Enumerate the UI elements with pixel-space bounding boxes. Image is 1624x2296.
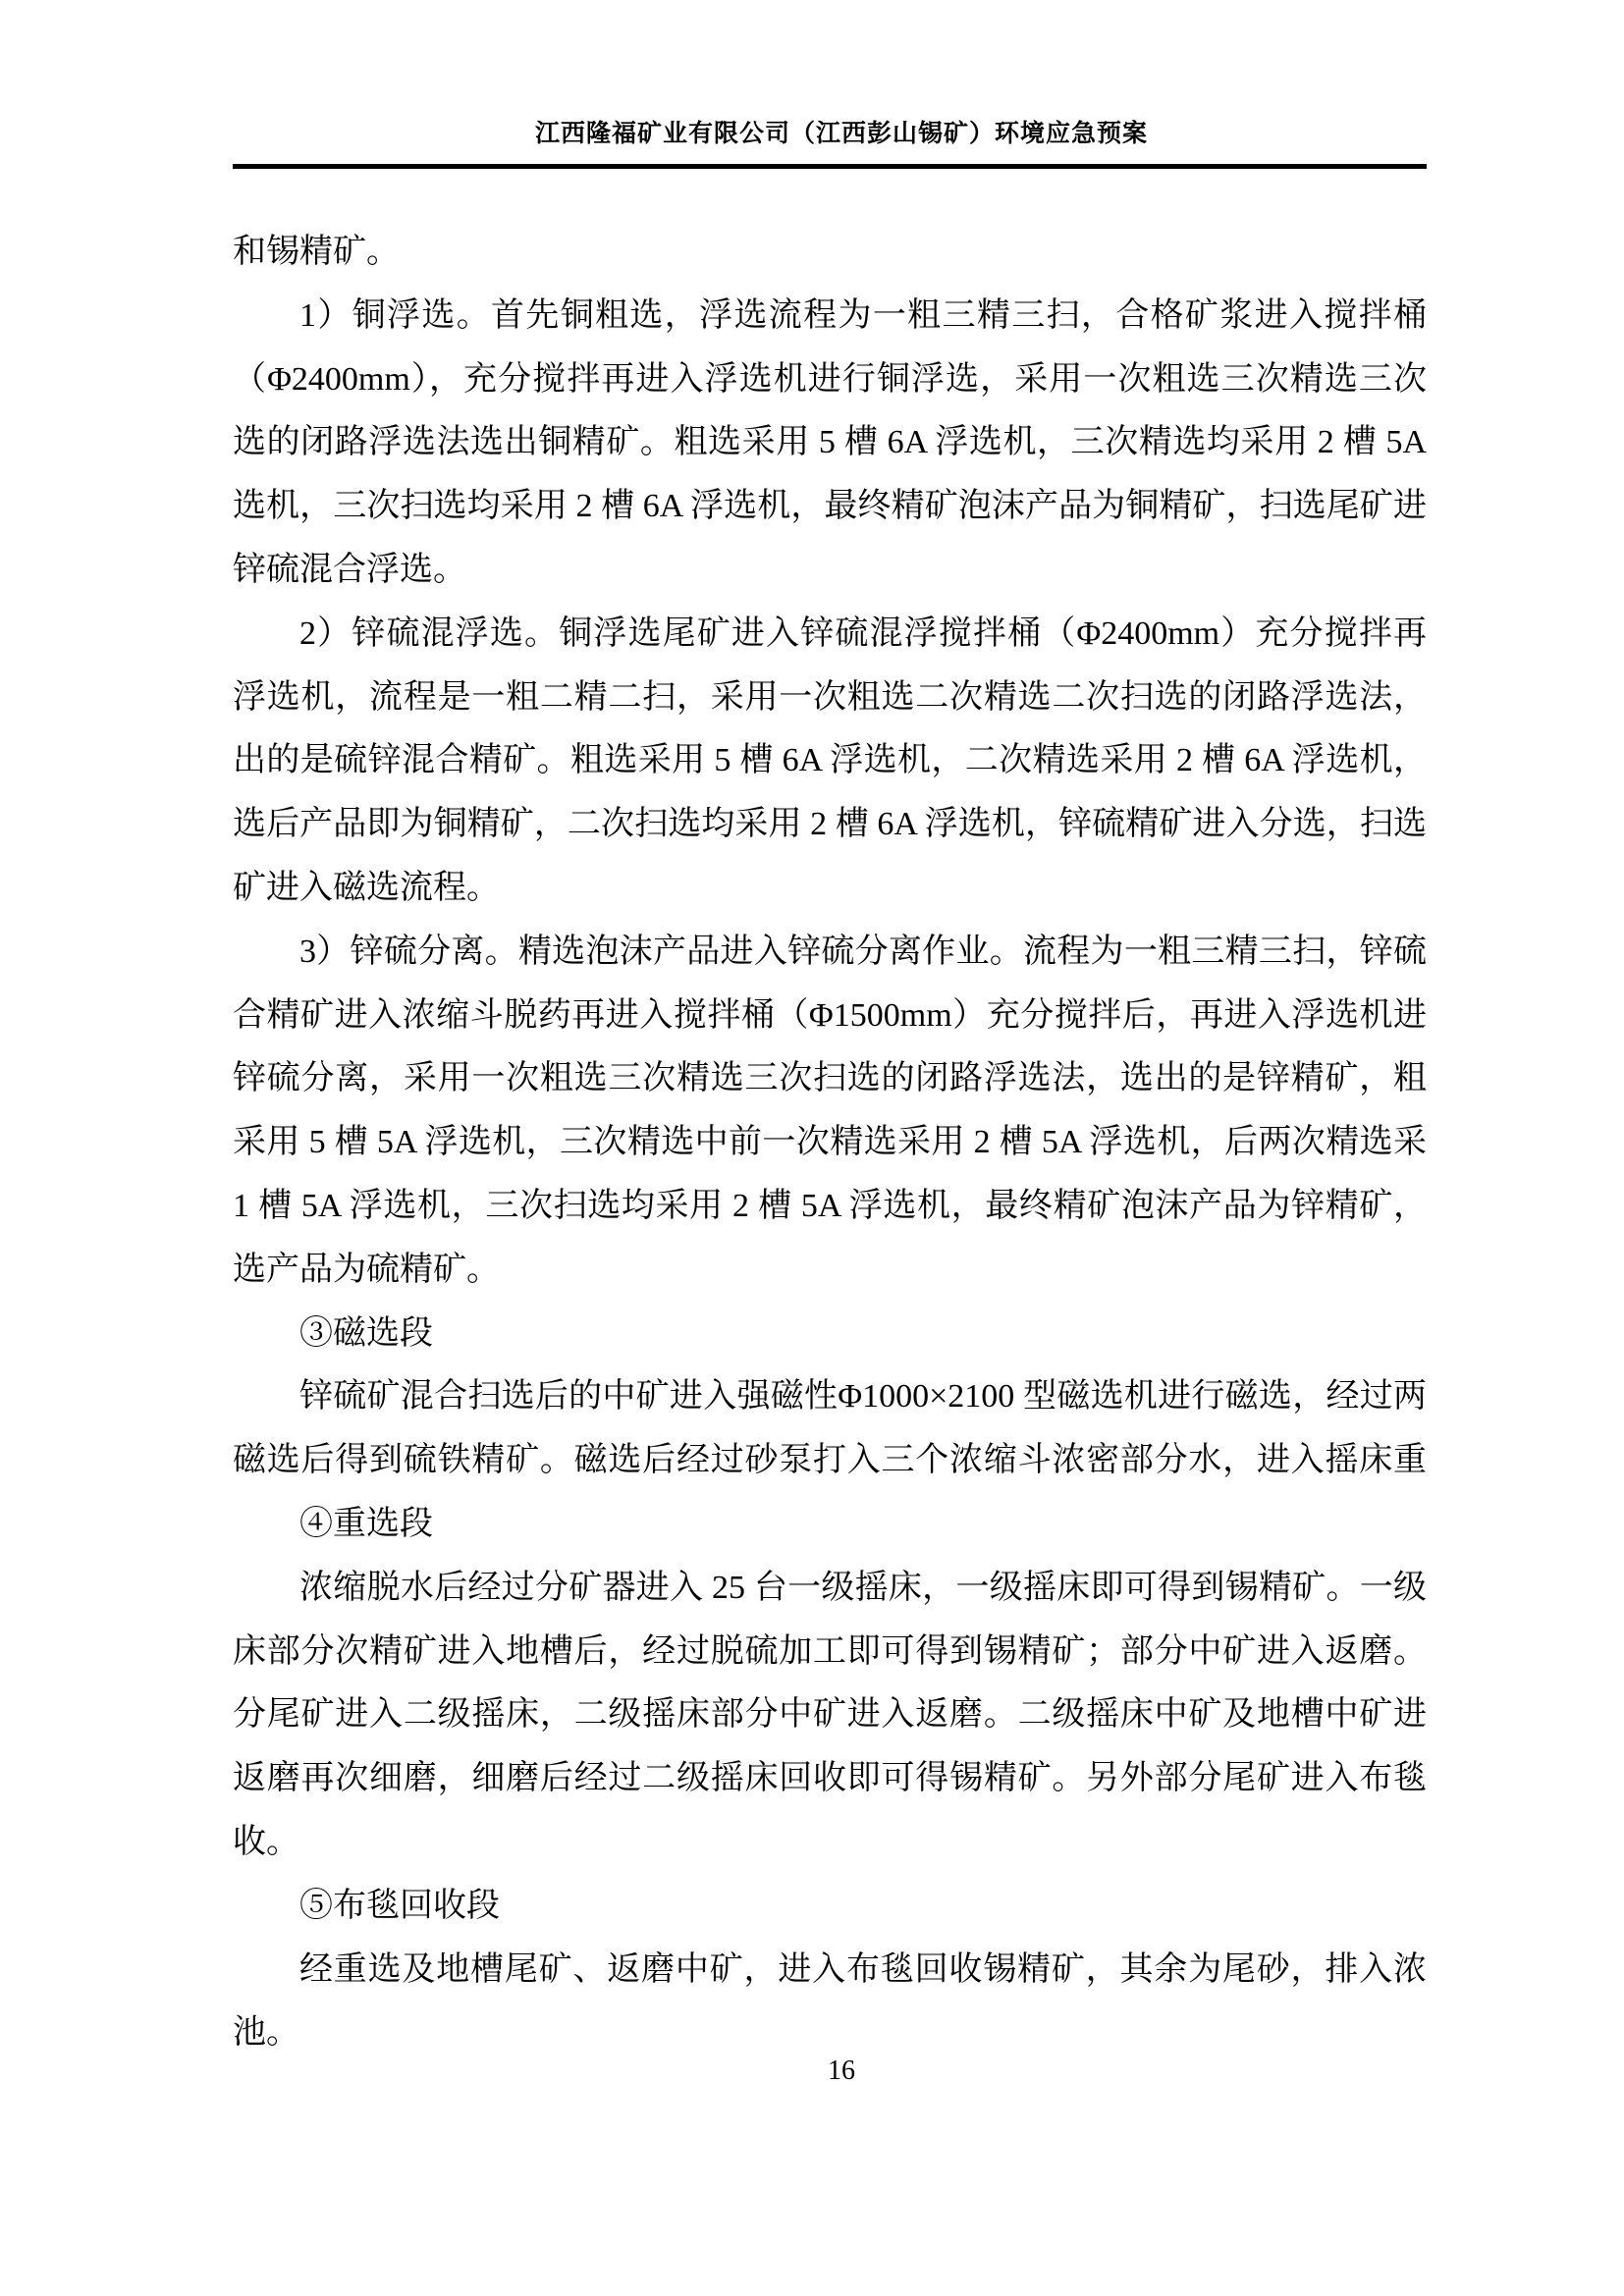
text-line: （Φ2400mm），充分搅拌再进入浮选机进行铜浮选，采用一次粗选三次精选三次扫	[233, 348, 1427, 412]
text-line: 返磨再次细磨，细磨后经过二级摇床回收即可得锡精矿。另外部分尾矿进入布毯回	[233, 1747, 1427, 1811]
text-line: 浮选机，流程是一粗二精二扫，采用一次粗选二次精选二次扫选的闭路浮选法，选	[233, 667, 1427, 730]
text-line: 采用 5 槽 5A 浮选机，三次精选中前一次精选采用 2 槽 5A 浮选机，后两…	[233, 1111, 1427, 1175]
page-number: 16	[203, 2056, 1480, 2087]
text-line: 矿进入磁选流程。	[233, 857, 1427, 921]
text-line: 1 槽 5A 浮选机，三次扫选均采用 2 槽 5A 浮选机，最终精矿泡沫产品为锌…	[233, 1175, 1427, 1239]
text-line: 3）锌硫分离。精选泡沫产品进入锌硫分离作业。流程为一粗三精三扫，锌硫混	[233, 921, 1427, 985]
text-line: 分尾矿进入二级摇床，二级摇床部分中矿进入返磨。二级摇床中矿及地槽中矿进入	[233, 1683, 1427, 1747]
text-line: ④重选段	[233, 1493, 1427, 1557]
text-line: 合精矿进入浓缩斗脱药再进入搅拌桶（Φ1500mm）充分搅拌后，再进入浮选机进行	[233, 985, 1427, 1048]
text-line: 浓缩脱水后经过分矿器进入 25 台一级摇床，一级摇床即可得到锡精矿。一级摇	[233, 1557, 1427, 1621]
text-line: 收。	[233, 1811, 1427, 1875]
text-line: 床部分次精矿进入地槽后，经过脱硫加工即可得到锡精矿；部分中矿进入返磨。部	[233, 1621, 1427, 1684]
text-line: ⑤布毯回收段	[233, 1875, 1427, 1939]
text-line: 锌硫混合浮选。	[233, 539, 1427, 603]
text-line: 2）锌硫混浮选。铜浮选尾矿进入锌硫混浮搅拌桶（Φ2400mm）充分搅拌再进入	[233, 603, 1427, 667]
text-line: 和锡精矿。	[233, 221, 1427, 285]
text-line: 锌硫分离，采用一次粗选三次精选三次扫选的闭路浮选法，选出的是锌精矿，粗选	[233, 1047, 1427, 1111]
text-line: 磁选后得到硫铁精矿。磁选后经过砂泵打入三个浓缩斗浓密部分水，进入摇床重选。	[233, 1429, 1427, 1493]
text-line: 1）铜浮选。首先铜粗选，浮选流程为一粗三精三扫，合格矿浆进入搅拌桶	[233, 285, 1427, 348]
text-line: 经重选及地槽尾矿、返磨中矿，进入布毯回收锡精矿，其余为尾砂，排入浓缩	[233, 1939, 1427, 2002]
text-line: 选产品为硫精矿。	[233, 1239, 1427, 1303]
text-line: 选后产品即为铜精矿，二次扫选均采用 2 槽 6A 浮选机，锌硫精矿进入分选，扫选…	[233, 793, 1427, 857]
text-line: ③磁选段	[233, 1303, 1427, 1366]
text-line: 选机，三次扫选均采用 2 槽 6A 浮选机，最终精矿泡沫产品为铜精矿，扫选尾矿进…	[233, 475, 1427, 539]
text-line: 出的是硫锌混合精矿。粗选采用 5 槽 6A 浮选机，二次精选采用 2 槽 6A …	[233, 729, 1427, 793]
header-rule	[233, 164, 1427, 169]
text-line: 选的闭路浮选法选出铜精矿。粗选采用 5 槽 6A 浮选机，三次精选均采用 2 槽…	[233, 411, 1427, 475]
text-line: 锌硫矿混合扫选后的中矿进入强磁性Φ1000×2100 型磁选机进行磁选，经过两次	[233, 1365, 1427, 1429]
document-body: 和锡精矿。1）铜浮选。首先铜粗选，浮选流程为一粗三精三扫，合格矿浆进入搅拌桶（Φ…	[233, 221, 1427, 2065]
document-page: 江西隆福矿业有限公司（江西彭山锡矿）环境应急预案 和锡精矿。1）铜浮选。首先铜粗…	[0, 0, 1624, 2296]
page-header-title: 江西隆福矿业有限公司（江西彭山锡矿）环境应急预案	[203, 114, 1480, 149]
